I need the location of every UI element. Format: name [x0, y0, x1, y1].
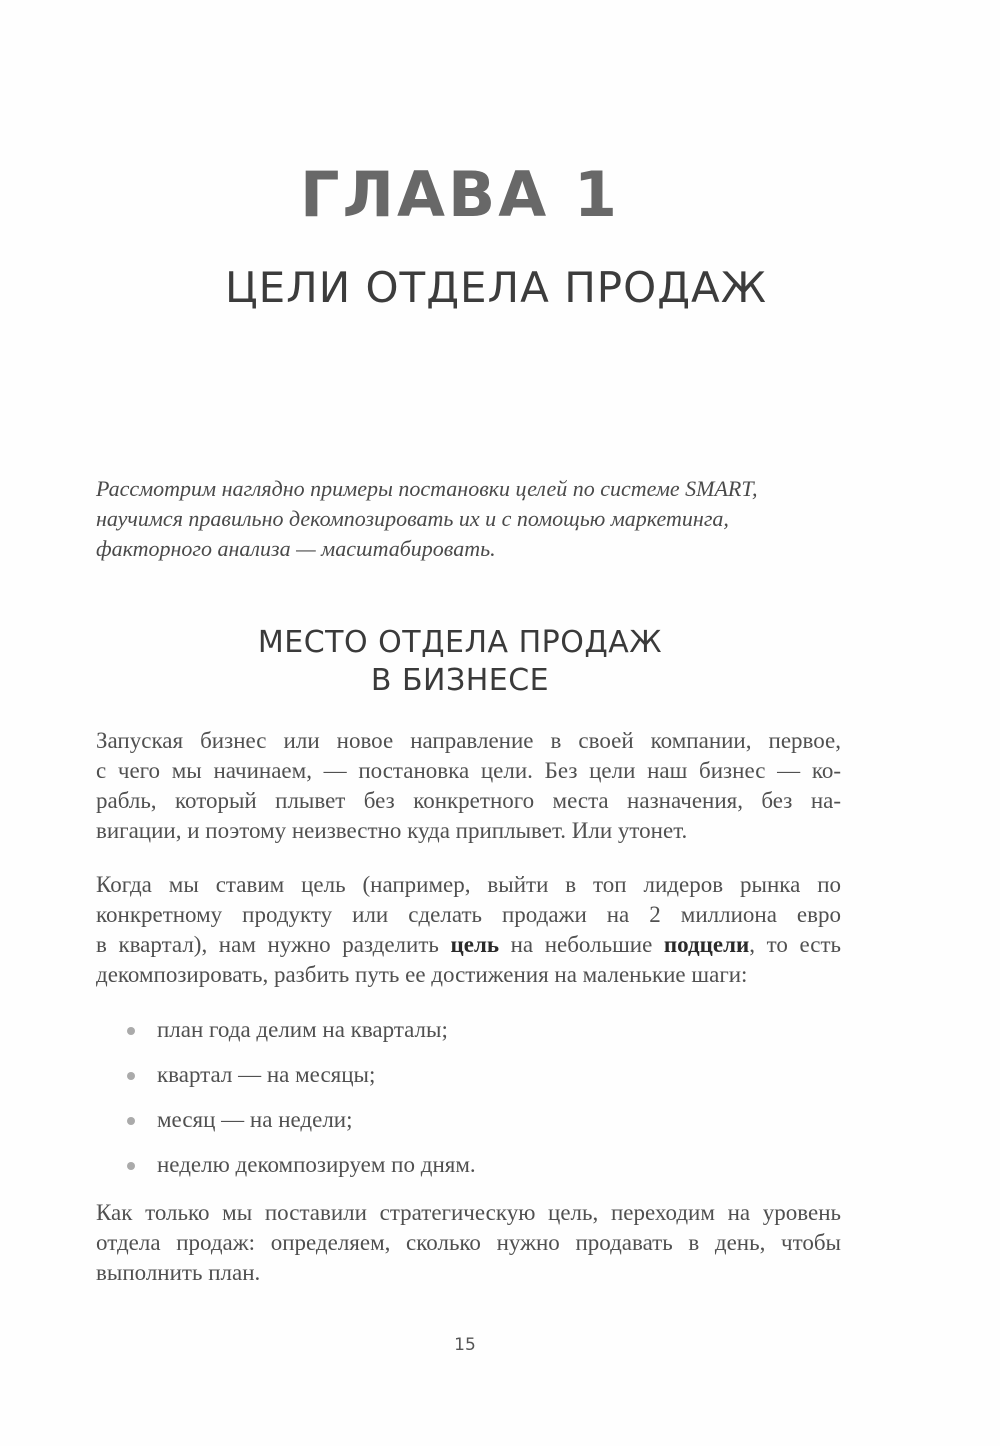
paragraph-text: , то есть [749, 932, 841, 957]
list-item: месяц — на недели; [124, 1105, 724, 1150]
paragraph-line: декомпозировать, разбить путь ее достиже… [96, 960, 841, 990]
bullet-dot-icon [127, 1162, 135, 1170]
section-heading-line: В БИЗНЕСЕ [200, 662, 720, 700]
list-item-text: квартал — на месяцы; [157, 1062, 375, 1087]
paragraph-line: Как только мы поставили стратегическую ц… [96, 1198, 841, 1228]
paragraph-line: с чего мы начинаем, — постановка цели. Б… [96, 756, 841, 786]
paragraph-sales-level: Как только мы поставили стратегическую ц… [96, 1198, 841, 1288]
list-item: неделю декомпозируем по дням. [124, 1150, 724, 1195]
list-item-text: план года делим на кварталы; [157, 1017, 448, 1042]
list-item: план года делим на кварталы; [124, 1015, 724, 1060]
paragraph-line: в квартал), нам нужно разделить цель на … [96, 930, 841, 960]
section-heading-line: МЕСТО ОТДЕЛА ПРОДАЖ [200, 624, 720, 662]
paragraph-text: на небольшие [499, 932, 664, 957]
chapter-title: ЦЕЛИ ОТДЕЛА ПРОДАЖ [225, 262, 725, 314]
list-item-text: неделю декомпозируем по дням. [157, 1152, 476, 1177]
chapter-number: ГЛАВА 1 [0, 160, 920, 230]
page-number: 15 [440, 1334, 490, 1356]
paragraph-decomposition: Когда мы ставим цель (например, выйти в … [96, 870, 841, 990]
paragraph-line: выполнить план. [96, 1258, 841, 1288]
intro-line: факторного анализа — масштабировать. [96, 534, 856, 564]
bullet-dot-icon [127, 1117, 135, 1125]
bold-term-goal: цель [450, 932, 499, 957]
bullet-dot-icon [127, 1072, 135, 1080]
decomposition-list: план года делим на кварталы; квартал — н… [124, 1015, 724, 1195]
paragraph-line: Запуская бизнес или новое направление в … [96, 726, 841, 756]
paragraph-business-goal: Запуская бизнес или новое направление в … [96, 726, 841, 846]
intro-line: научимся правильно декомпозировать их и … [96, 504, 856, 534]
paragraph-line: отдела продаж: определяем, сколько нужно… [96, 1228, 841, 1258]
intro-line: Рассмотрим наглядно примеры постановки ц… [96, 474, 856, 504]
section-heading: МЕСТО ОТДЕЛА ПРОДАЖ В БИЗНЕСЕ [200, 624, 720, 700]
paragraph-line: Когда мы ставим цель (например, выйти в … [96, 870, 841, 900]
list-item: квартал — на месяцы; [124, 1060, 724, 1105]
chapter-intro: Рассмотрим наглядно примеры постановки ц… [96, 474, 856, 564]
bullet-dot-icon [127, 1027, 135, 1035]
paragraph-line: рабль, который плывет без конкретного ме… [96, 786, 841, 816]
list-item-text: месяц — на недели; [157, 1107, 353, 1132]
bold-term-subgoals: подцели [664, 932, 749, 957]
paragraph-line: вигации, и поэтому неизвестно куда припл… [96, 816, 841, 846]
paragraph-line: конкретному продукту или сделать продажи… [96, 900, 841, 930]
book-page: ГЛАВА 1 ЦЕЛИ ОТДЕЛА ПРОДАЖ Рассмотрим на… [0, 0, 1000, 1446]
paragraph-text: в квартал), нам нужно разделить [96, 932, 450, 957]
